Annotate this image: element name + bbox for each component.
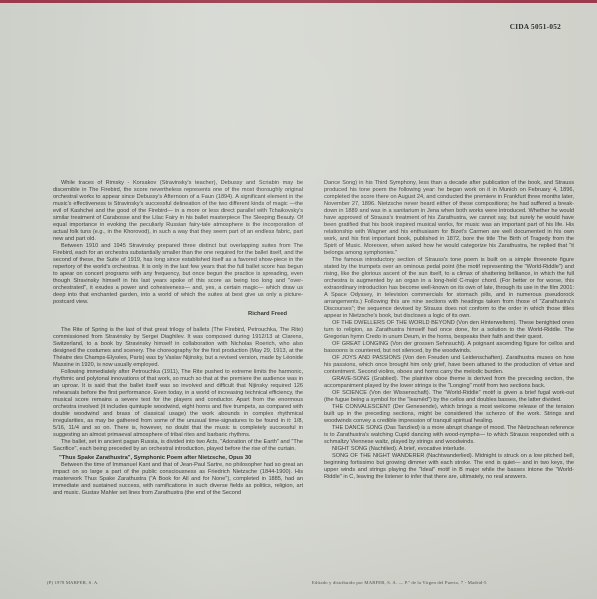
rite-paragraph-1: The Rite of Spring is the last of that g… xyxy=(53,327,303,369)
publisher-notice: Editado y distribuido por MARFER, S. A. … xyxy=(312,580,487,585)
strauss-paragraph-2: The famous introductory section of Strau… xyxy=(324,257,574,320)
zarathustra-intro: Between the time of Immanuel Kant and th… xyxy=(53,462,303,497)
rite-paragraph-3: The ballet, set in ancient pagan Russia,… xyxy=(53,439,303,453)
section-convalescent: THE CONVALESCENT (Der Genesende), which … xyxy=(324,404,574,425)
firebird-paragraph-2: Between 1910 and 1945 Stravinsky prepare… xyxy=(53,243,303,306)
section-night-song: NIGHT SONG (Nachtlied). A brief, evocati… xyxy=(324,446,574,453)
copyright-notice: (P) 1978 MARFER, S. A. xyxy=(47,580,99,585)
section-science: OF SCIENCE (Von der Wissenschaft). The "… xyxy=(324,390,574,404)
section-dwellers: OF THE DWELLERS OF THE WORLD BEYOND (Von… xyxy=(324,320,574,341)
strauss-paragraph-1: Dance Song) in his Third Symphony, less … xyxy=(324,180,574,257)
right-column: Dance Song) in his Third Symphony, less … xyxy=(324,180,574,481)
firebird-paragraph-1: While traces of Rimsky - Korsakov (Strav… xyxy=(53,180,303,243)
section-grave-song: GRAVE-SONG (Grablied). The plaintive obo… xyxy=(324,376,574,390)
section-dance-song: THE DANCE SONG (Das Tanzlied) is a more … xyxy=(324,425,574,446)
section-joys-passions: OF JOYS AND PASSIONS (Von den Freuden un… xyxy=(324,355,574,376)
author-signature: Richard Freed xyxy=(53,311,287,318)
left-column: While traces of Rimsky - Korsakov (Strav… xyxy=(53,180,303,497)
section-great-longing: OF GREAT LONGING (Von der grossen Sehnsu… xyxy=(324,341,574,355)
record-sleeve-back: CIDA 5051-052 While traces of Rimsky - K… xyxy=(0,0,597,599)
top-color-band xyxy=(0,0,597,3)
zarathustra-heading: "Thus Spake Zarathustra", Symphonic Poem… xyxy=(53,455,303,462)
section-night-wanderer: SONG OF THE NIGHT WANDERER (Nachtwanderl… xyxy=(324,453,574,481)
rite-paragraph-2: Following immediately after Petrouchka (… xyxy=(53,369,303,439)
catalog-number: CIDA 5051-052 xyxy=(510,23,561,31)
